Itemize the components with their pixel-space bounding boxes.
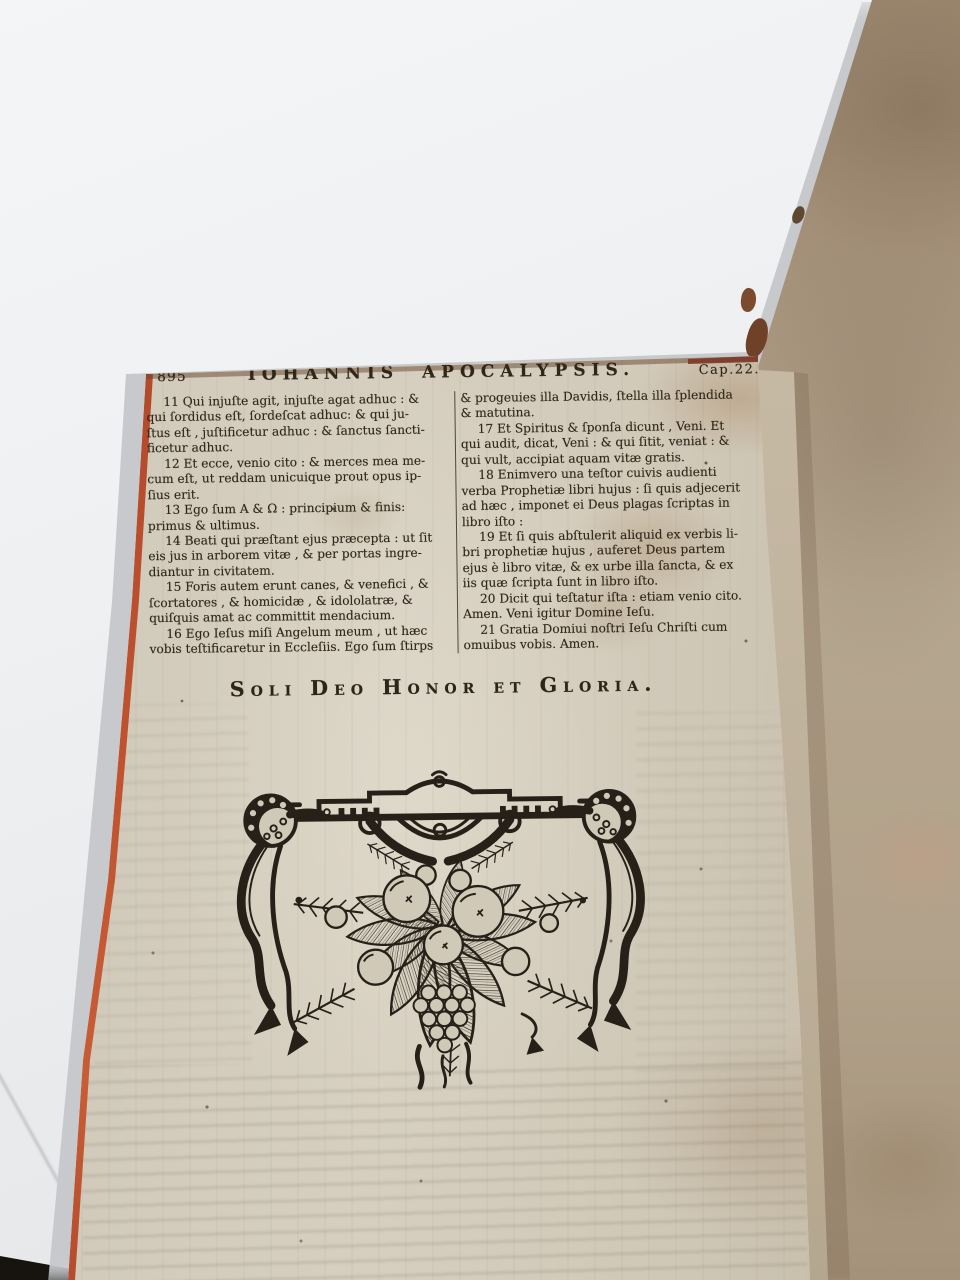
text-line: omuibus vobis. Amen. — [463, 634, 764, 653]
chapter-label: Cap.22. — [699, 362, 761, 378]
leather-chip — [739, 287, 757, 313]
text-column-right: & progeuies illa Davidis, ſtella illa ſp… — [454, 387, 764, 653]
colophon-line: Soli Deo Honor et Gloria. — [136, 671, 751, 703]
photo-of-open-antique-book: 895 IOHANNIS APOCALYPSIS. Cap.22. 11 Qui… — [0, 0, 960, 1280]
two-column-text: 11 Qui injuſte agit, injuſte agat adhuc … — [146, 387, 764, 657]
tailpiece-ornament-svg — [225, 758, 657, 1096]
foxing-specks — [0, 0, 2, 2]
ribbon-left — [240, 840, 308, 1057]
page-number: 895 — [157, 369, 187, 385]
text-column-left: 11 Qui injuſte agit, injuſte agat adhuc … — [146, 391, 450, 657]
rosette-right — [583, 791, 634, 842]
letterpress-text-block: 895 IOHANNIS APOCALYPSIS. Cap.22. 11 Qui… — [146, 358, 771, 1100]
ribbon-right — [574, 836, 642, 1053]
text-line: vobis teſtificaretur in Eccleſiis. Ego ſ… — [149, 638, 450, 657]
garland-bracket — [284, 770, 596, 840]
rosette-left — [245, 796, 296, 847]
